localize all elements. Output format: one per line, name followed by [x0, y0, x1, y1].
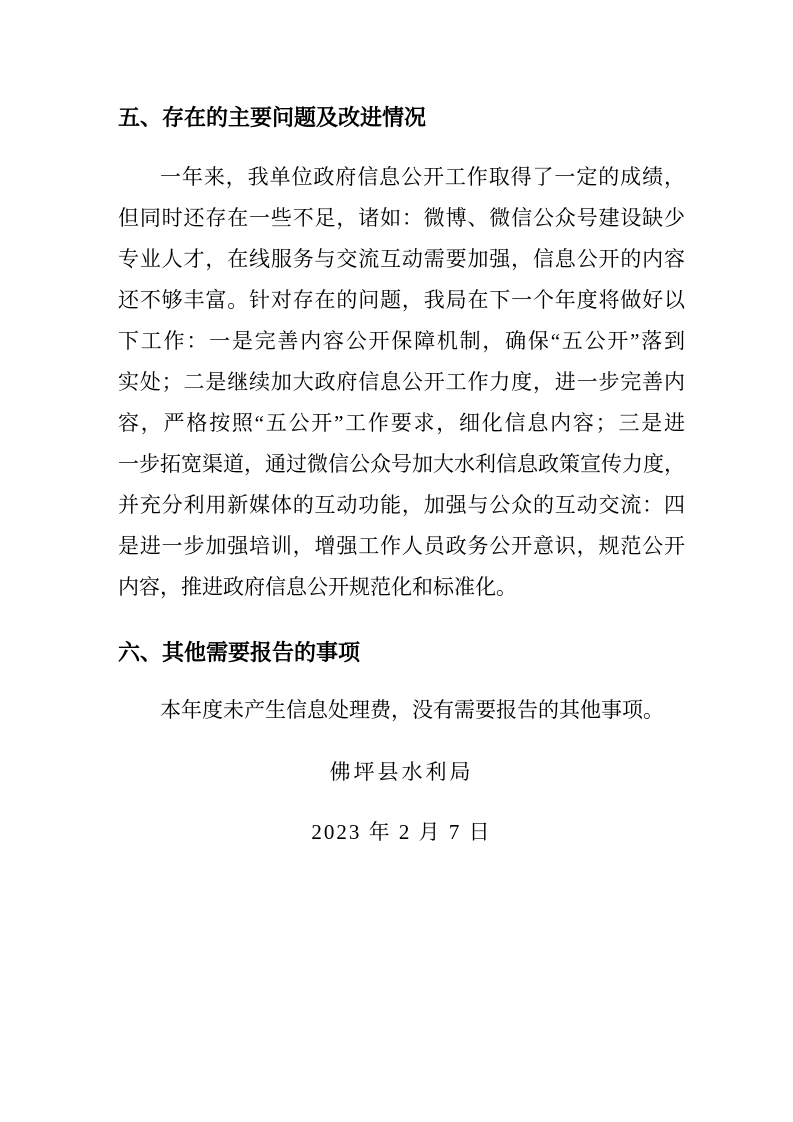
paragraph-line: 一步拓宽渠道，通过微信公众号加大水利信息政策宣传力度， — [118, 444, 685, 485]
section-5-heading: 五、存在的主要问题及改进情况 — [118, 105, 685, 131]
paragraph-line: 专业人才，在线服务与交流互动需要加强，信息公开的内容 — [118, 239, 685, 280]
paragraph-line: 但同时还存在一些不足，诸如：微博、微信公众号建设缺少 — [118, 198, 685, 239]
paragraph-line: 一年来，我单位政府信息公开工作取得了一定的成绩， — [118, 157, 685, 198]
document-page: 五、存在的主要问题及改进情况 一年来，我单位政府信息公开工作取得了一定的成绩， … — [0, 0, 793, 1122]
section-5-paragraph: 一年来，我单位政府信息公开工作取得了一定的成绩， 但同时还存在一些不足，诸如：微… — [118, 157, 685, 608]
paragraph-line: 并充分利用新媒体的互动功能，加强与公众的互动交流：四 — [118, 485, 685, 526]
paragraph-line: 还不够丰富。针对存在的问题，我局在下一个年度将做好以 — [118, 280, 685, 321]
paragraph-line: 容，严格按照“五公开”工作要求，细化信息内容；三是进 — [118, 403, 685, 444]
paragraph-line: 内容，推进政府信息公开规范化和标准化。 — [118, 567, 685, 608]
paragraph-line: 实处；二是继续加大政府信息公开工作力度，进一步完善内 — [118, 362, 685, 403]
section-6-paragraph: 本年度未产生信息处理费，没有需要报告的其他事项。 — [118, 690, 685, 731]
signature-date: 2023 年 2 月 7 日 — [118, 812, 685, 853]
signature-org: 佛坪县水利局 — [118, 752, 685, 793]
section-6-heading: 六、其他需要报告的事项 — [118, 640, 685, 666]
paragraph-line: 下工作：一是完善内容公开保障机制，确保“五公开”落到 — [118, 321, 685, 362]
paragraph-line: 是进一步加强培训，增强工作人员政务公开意识，规范公开 — [118, 526, 685, 567]
